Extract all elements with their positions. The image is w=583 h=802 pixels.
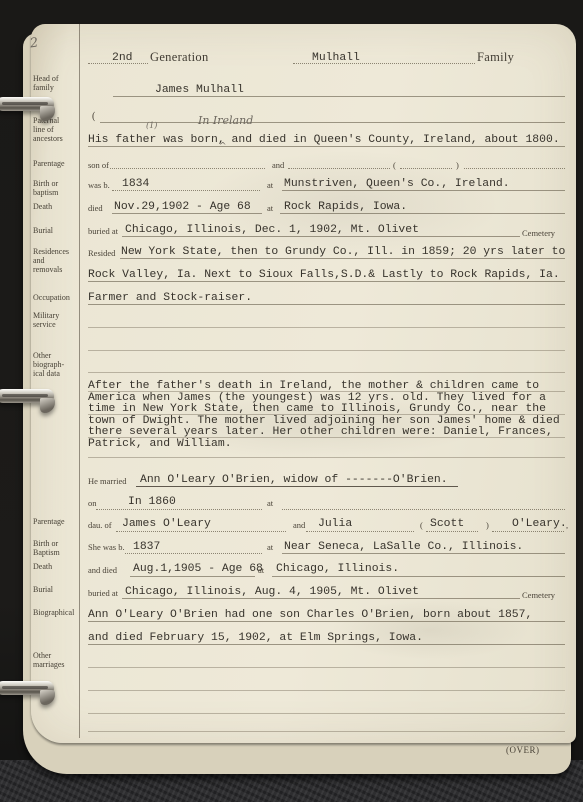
at-label: at xyxy=(258,566,264,575)
rule xyxy=(110,168,265,169)
binder-ring xyxy=(0,678,64,708)
rule xyxy=(88,621,565,622)
margin-label-other-biographical: Other biograph- ical data xyxy=(33,351,85,378)
resided-label: Resided xyxy=(88,249,115,258)
rule xyxy=(306,531,414,532)
and-died-label: and died xyxy=(88,566,117,575)
rule xyxy=(426,531,478,532)
him-birth-place: Munstriven, Queen's Co., Ireland. xyxy=(284,178,510,190)
rule xyxy=(130,576,255,577)
biography-line: Patrick, and William. xyxy=(88,438,232,450)
dau-of-label: dau. of xyxy=(88,521,112,530)
pencil-caret: ^ xyxy=(219,142,227,152)
rule xyxy=(88,690,565,691)
at-label: at xyxy=(267,181,273,190)
open-paren: ( xyxy=(420,521,423,530)
spouse-name: Ann O'Leary O'Brien, widow of -------O'B… xyxy=(140,474,448,486)
ring-tip xyxy=(40,398,55,413)
at-label: at xyxy=(267,543,273,552)
at-label: at xyxy=(267,204,273,213)
her-mother-surname: O'Leary. xyxy=(512,518,567,530)
margin-label-death-2: Death xyxy=(33,562,85,571)
rule xyxy=(100,122,565,123)
rule xyxy=(112,213,262,214)
rule xyxy=(464,168,565,169)
rule xyxy=(272,576,565,577)
rule xyxy=(282,190,565,191)
close-paren: ) xyxy=(486,521,489,530)
her-biography-line: Ann O'Leary O'Brien had one son Charles … xyxy=(88,609,532,621)
rule xyxy=(88,327,565,328)
rule xyxy=(125,553,262,554)
head-of-family-name: James Mulhall xyxy=(155,84,244,96)
rule xyxy=(400,168,452,169)
ring-tip xyxy=(40,106,55,121)
margin-label-birth-2: Birth or Baptism xyxy=(33,539,85,557)
rule xyxy=(122,236,520,237)
marriage-date: In 1860 xyxy=(128,496,176,508)
margin-label-other-marriages: Other marriages xyxy=(33,651,85,669)
buried-at-label: buried at xyxy=(88,227,118,236)
family-label: Family xyxy=(477,50,514,65)
rule xyxy=(88,350,565,351)
on-label: on xyxy=(88,499,97,508)
rule xyxy=(136,486,458,487)
at-label: at xyxy=(267,499,273,508)
margin-label-occupation: Occupation xyxy=(33,293,85,302)
ring-slot xyxy=(2,686,48,689)
margin-label-biographical: Biographical xyxy=(33,608,85,617)
over-label: (OVER) xyxy=(506,746,540,755)
he-married-label: He married xyxy=(88,477,126,486)
occupation-value: Farmer and Stock-raiser. xyxy=(88,292,252,304)
cemetery-label: Cemetery xyxy=(522,591,555,600)
was-born-label: was b. xyxy=(88,181,110,190)
rule xyxy=(120,258,565,259)
binder-ring xyxy=(0,386,64,416)
him-burial-place: Chicago, Illinois, Dec. 1, 1902, Mt. Oli… xyxy=(125,224,419,236)
rule xyxy=(88,644,565,645)
margin-label-residences: Residences and removals xyxy=(33,247,85,274)
residences-line-2: Rock Valley, Ia. Next to Sioux Falls,S.D… xyxy=(88,269,560,281)
rule xyxy=(116,531,286,532)
rule xyxy=(88,372,565,373)
margin-label-burial-2: Burial xyxy=(33,585,85,594)
open-paren: ( xyxy=(92,112,95,121)
her-father-name: James O'Leary xyxy=(122,518,211,530)
her-death-place: Chicago, Illinois. xyxy=(276,563,399,575)
margin-label-parentage-2: Parentage xyxy=(33,517,85,526)
her-mother-maiden-name: Scott xyxy=(430,518,464,530)
him-death-place: Rock Rapids, Iowa. xyxy=(284,201,407,213)
her-birth-year: 1837 xyxy=(133,541,160,553)
rule xyxy=(96,509,262,510)
son-of-label: son of xyxy=(88,161,109,170)
cemetery-label: Cemetery xyxy=(522,229,555,238)
died-label: died xyxy=(88,204,103,213)
margin-label-burial: Burial xyxy=(33,226,85,235)
trailing-comma: , xyxy=(566,521,568,530)
and-label: and xyxy=(293,521,305,530)
rule xyxy=(280,213,565,214)
rule xyxy=(113,96,565,97)
ring-tip xyxy=(40,690,55,705)
buried-at-label: buried at xyxy=(88,589,118,598)
rule xyxy=(282,509,565,510)
binder-ring xyxy=(0,94,64,124)
pencil-annotation-number: (1) xyxy=(146,121,157,130)
open-paren: ( xyxy=(393,161,396,170)
margin-label-death: Death xyxy=(33,202,85,211)
biography-line: After the father's death in Ireland, the… xyxy=(88,380,539,392)
biography-line: there several years later. Her other chi… xyxy=(88,426,553,438)
generation-label: Generation xyxy=(150,50,209,65)
and-label: and xyxy=(272,161,284,170)
residences-line-1: New York State, then to Grundy Co., Ill.… xyxy=(121,246,565,258)
her-mother-given-name: Julia xyxy=(318,518,352,530)
rule xyxy=(492,531,564,532)
rule xyxy=(88,304,565,305)
family-name-value: Mulhall xyxy=(312,52,360,64)
margin-label-military: Military service xyxy=(33,311,85,329)
binder-scan: 2 2nd Generation Mulhall Family Head of … xyxy=(0,0,583,802)
rule xyxy=(88,146,565,147)
close-paren: ) xyxy=(456,161,459,170)
rule xyxy=(122,598,520,599)
biography-line: time in New York State, then came to Ill… xyxy=(88,403,546,415)
rule xyxy=(88,281,565,282)
paternal-line-sentence: His father was born, and died in Queen's… xyxy=(88,134,560,146)
him-birth-year: 1834 xyxy=(122,178,149,190)
rule xyxy=(282,553,565,554)
him-death-date: Nov.29,1902 - Age 68 xyxy=(114,201,251,213)
her-burial-place: Chicago, Illinois, Aug. 4, 1905, Mt. Oli… xyxy=(125,586,419,598)
rule xyxy=(88,667,565,668)
rule xyxy=(88,731,565,732)
rule xyxy=(88,713,565,714)
pencil-annotation-insert: In Ireland xyxy=(198,114,253,127)
ring-slot xyxy=(2,394,48,397)
rule xyxy=(112,190,260,191)
rule xyxy=(88,457,565,458)
margin-label-birth: Birth or baptism xyxy=(33,179,85,197)
she-was-born-label: She was b. xyxy=(88,543,125,552)
ring-slot xyxy=(2,102,48,105)
her-death-date: Aug.1,1905 - Age 68 xyxy=(133,563,263,575)
margin-label-parentage: Parentage xyxy=(33,159,85,168)
her-birth-place: Near Seneca, LaSalle Co., Illinois. xyxy=(284,541,523,553)
generation-value: 2nd xyxy=(112,52,133,64)
her-biography-line: and died February 15, 1902, at Elm Sprin… xyxy=(88,632,423,644)
margin-label-head-of-family: Head of family xyxy=(33,74,85,92)
rule xyxy=(288,168,390,169)
